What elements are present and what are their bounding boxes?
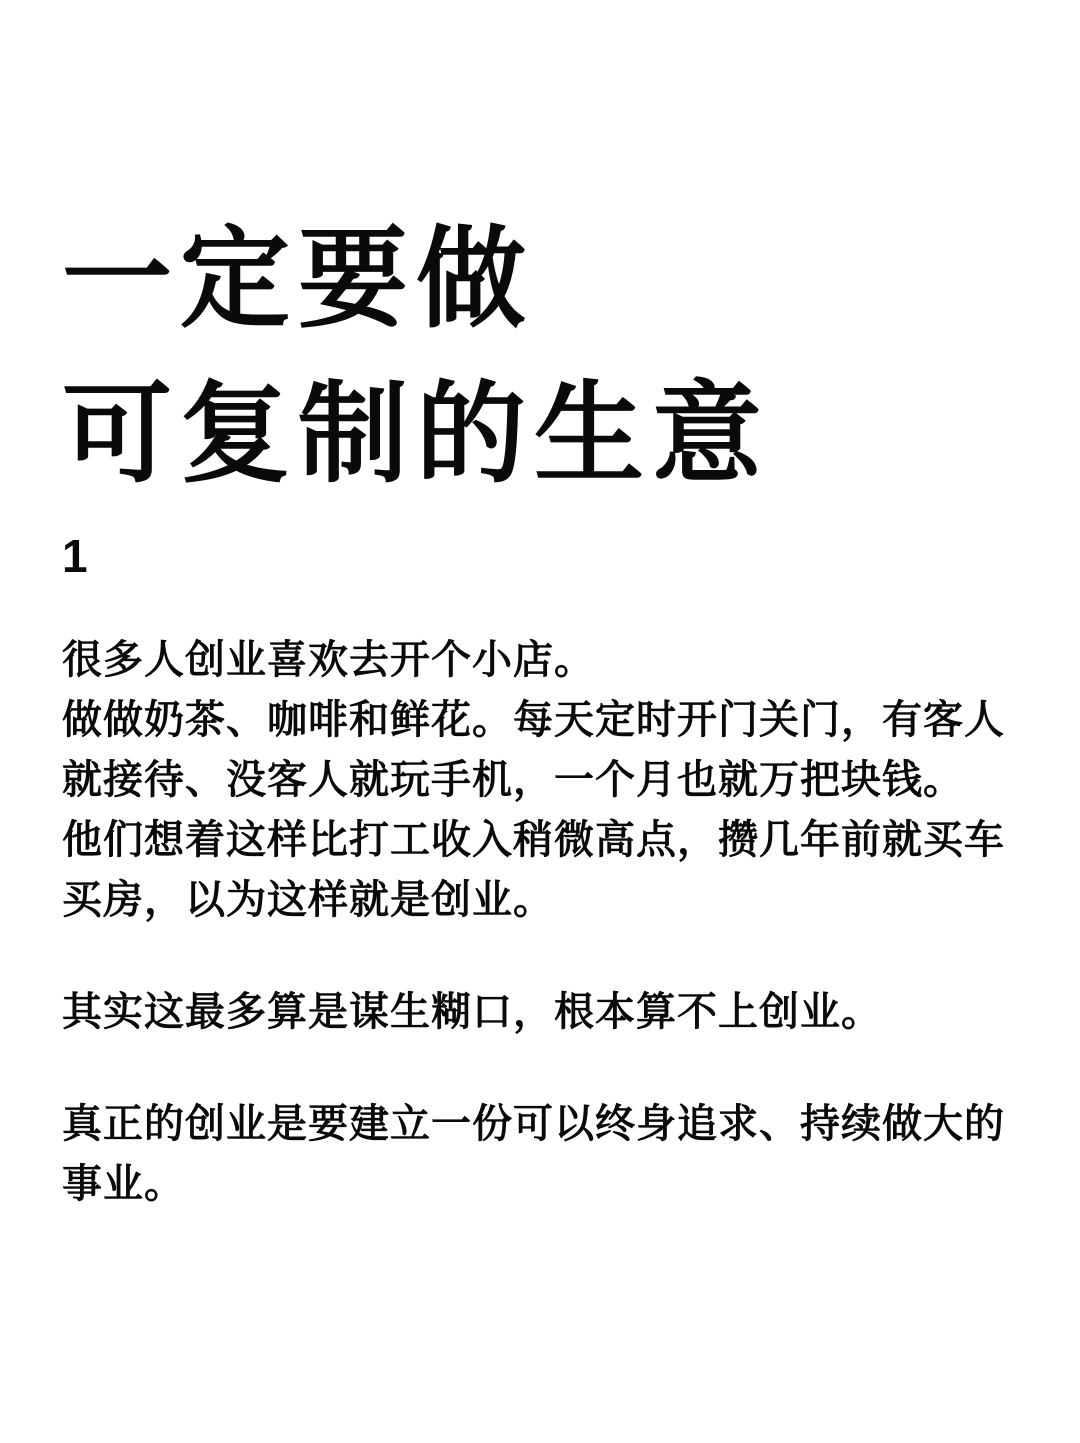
body-text: 很多人创业喜欢去开个小店。 做做奶茶、咖啡和鲜花。每天定时开门关门，有客人 就接… <box>62 630 1030 1266</box>
page-title: 一定要做 可复制的生意 <box>62 202 770 512</box>
paragraph-3-line-2: 事业。 <box>62 1154 1030 1214</box>
page-title-line-2: 可复制的生意 <box>62 357 770 512</box>
paragraph-2-line-1: 其实这最多算是谋生糊口，根本算不上创业。 <box>62 982 1030 1042</box>
paragraph-1-line-4: 他们想着这样比打工收入稍微高点，攒几年前就买车 <box>62 810 1030 870</box>
paragraph-2: 其实这最多算是谋生糊口，根本算不上创业。 <box>62 982 1030 1042</box>
paragraph-3-line-1: 真正的创业是要建立一份可以终身追求、持续做大的 <box>62 1094 1030 1154</box>
section-number: 1 <box>62 528 88 584</box>
paragraph-3: 真正的创业是要建立一份可以终身追求、持续做大的 事业。 <box>62 1094 1030 1214</box>
page-title-line-1: 一定要做 <box>62 202 770 357</box>
paragraph-1-line-3: 就接待、没客人就玩手机，一个月也就万把块钱。 <box>62 750 1030 810</box>
document-page: 一定要做 可复制的生意 1 很多人创业喜欢去开个小店。 做做奶茶、咖啡和鲜花。每… <box>0 0 1080 1443</box>
paragraph-1-line-5: 买房，以为这样就是创业。 <box>62 870 1030 930</box>
paragraph-1-line-2: 做做奶茶、咖啡和鲜花。每天定时开门关门，有客人 <box>62 690 1030 750</box>
paragraph-1-line-1: 很多人创业喜欢去开个小店。 <box>62 630 1030 690</box>
paragraph-1: 很多人创业喜欢去开个小店。 做做奶茶、咖啡和鲜花。每天定时开门关门，有客人 就接… <box>62 630 1030 930</box>
